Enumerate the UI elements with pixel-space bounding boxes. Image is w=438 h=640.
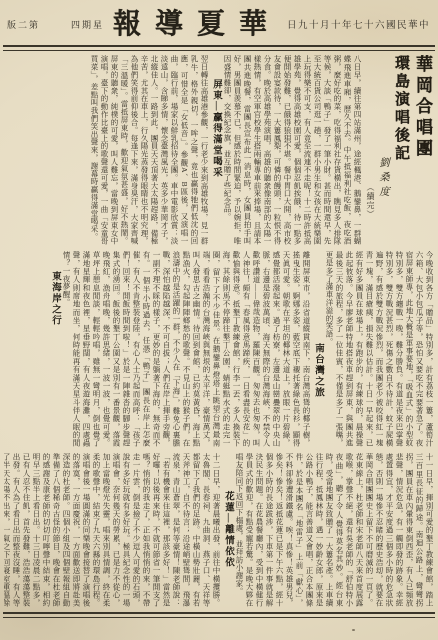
author-byline: 劉桑度: [376, 55, 391, 245]
article-band-3: 十一日早，揮別可愛的墾丁教練會館，踏上三百里長征的歸途。南迴公路上，彎彎拐拐，團…: [4, 453, 434, 607]
section-heading-east-coast: 東海岸之行: [48, 251, 61, 447]
article-band-1: 八日早，續往第四站滿州，途經楓港、鵝鑾鼻，一群蝴蝶飛進車廂，歷久不去。中午抵福利…: [4, 55, 434, 245]
newspaper-page: 版二第 四期星 報導夏華 日九十月十年七十六國民華中 八日早，續往第四站滿州，途…: [0, 0, 438, 640]
section-heading-south-taiwan: 南台灣之旅: [311, 251, 324, 447]
continuation-marker: （續完）: [364, 55, 376, 245]
article-title-line1: 華岡合唱團: [411, 55, 434, 245]
band-1-text: 八日早，續往第四站滿州，途經楓港、鵝鑾鼻，一群蝴蝶飛進車廂，歷久不去。中午抵福利…: [4, 55, 362, 245]
paper-speck: [352, 629, 355, 631]
bottom-rule: [3, 612, 435, 618]
section-heading-hualien: 花蓮—離情依依: [221, 453, 234, 607]
article-band-2: 今晚收到各方「贈品」特別多，計有荔枝一簍，蘆筍汁六箱、大包小包瓜子等，恐怕又要吃…: [4, 251, 434, 447]
body-paragraph: 十一日早，揮別可愛的墾丁教練會館，踏上三百里長征的歸途。南迴公路上，彎彎拐拐，團…: [234, 453, 434, 607]
article-title-block: 華岡合唱團 環島演唱後記 劉桑度 （續完）: [362, 55, 434, 245]
article-title-line2: 環島演唱後記: [391, 55, 411, 245]
section-heading-pingtung: 屏東—贏得滿堂喝采: [209, 55, 222, 245]
masthead-rule: [3, 45, 435, 51]
body-paragraph: 八日早，續往第四站滿州，途經楓港、鵝鑾鼻，一群蝴蝶飛進車廂，歷久不去。中午抵福利…: [222, 55, 362, 245]
body-paragraph: 翌日轉往高雄港參觀，一行老少來到高雄牧場，見一群乳牛，格外親切，一哞之聲，竟也贏…: [89, 55, 209, 245]
issue-date: 日九十月十年七十六國民華中: [287, 17, 430, 31]
body-paragraph: 今晚收到各方「贈品」特別多，計有荔枝一簍，蘆筍汁六箱、大包小包瓜子等，恐怕又要吃…: [324, 251, 434, 447]
article: 八日早，續往第四站滿州，途經楓港、鵝鑾鼻，一群蝴蝶飛進車廂，歷久不去。中午抵福利…: [4, 55, 434, 607]
body-paragraph: 離開屏東市，沿省道縱貫南下，南台灣高聳的椰子樹，搖曳生姿，婀娜多姿，藍空底下襯托…: [61, 251, 311, 447]
body-paragraph: 十二日早，迎著晨曦出發，前往中橫攬勝。太魯閣、長春祠、九曲洞、燕子口、天祥等都留…: [4, 453, 221, 607]
masthead: 版二第 四期星 報導夏華 日九十月十年七十六國民華中: [0, 0, 438, 44]
